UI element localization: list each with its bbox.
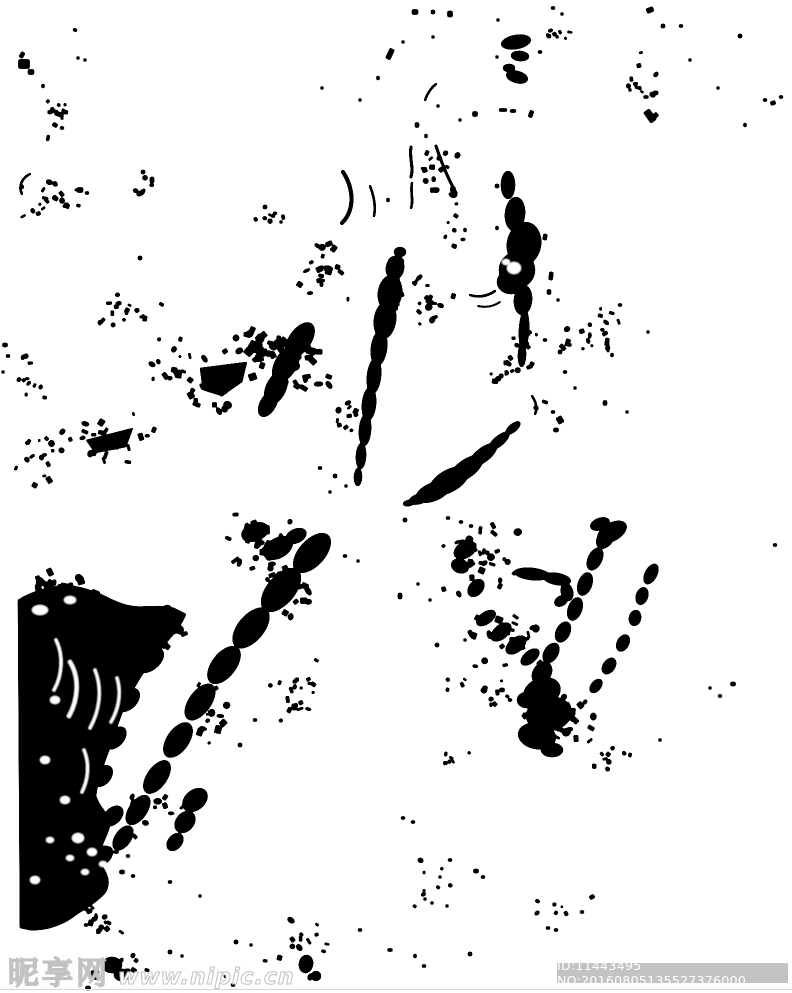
image-id-text: ID:11443495 NO:20160805135527376000	[557, 958, 788, 988]
bottom-border-line	[0, 989, 792, 990]
ink-splatter-layer	[2, 6, 784, 990]
stock-photo-preview: 昵享网 www.nipic.cn ID:11443495 NO:20160805…	[0, 0, 792, 993]
image-id-bar: ID:11443495 NO:20160805135527376000	[557, 963, 788, 983]
ink-texture-image	[0, 0, 792, 993]
